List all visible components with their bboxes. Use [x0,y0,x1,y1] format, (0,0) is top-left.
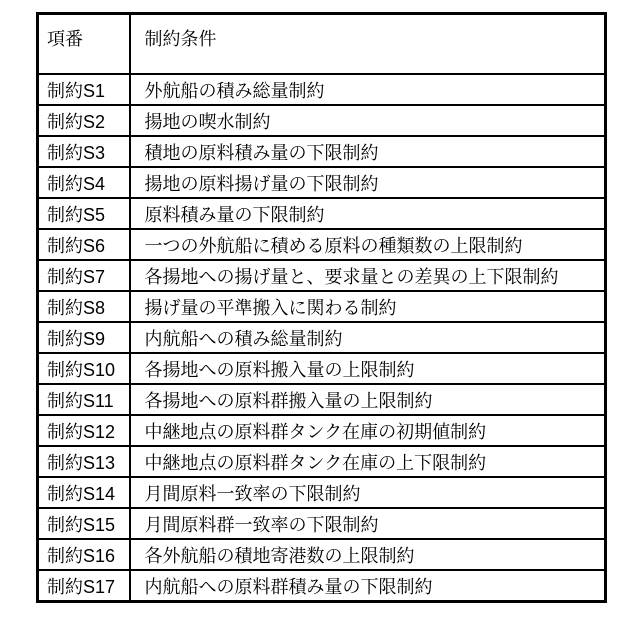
cell-constraint-condition: 揚地の喫水制約 [130,105,606,136]
cell-constraint-condition: 内航船への積み総量制約 [130,322,606,353]
cell-constraint-condition: 一つの外航船に積める原料の種類数の上限制約 [130,229,606,260]
table-header-row: 項番 制約条件 [38,14,606,75]
cell-constraint-condition: 各揚地への原料群搬入量の上限制約 [130,384,606,415]
cell-item-number: 制約S11 [38,384,130,415]
cell-constraint-condition: 内航船への原料群積み量の下限制約 [130,570,606,602]
table-row: 制約S6一つの外航船に積める原料の種類数の上限制約 [38,229,606,260]
table-row: 制約S2揚地の喫水制約 [38,105,606,136]
cell-item-number: 制約S2 [38,105,130,136]
table-row: 制約S11各揚地への原料群搬入量の上限制約 [38,384,606,415]
cell-item-number: 制約S17 [38,570,130,602]
table-row: 制約S1外航船の積み総量制約 [38,74,606,105]
cell-constraint-condition: 月間原料一致率の下限制約 [130,477,606,508]
cell-item-number: 制約S9 [38,322,130,353]
cell-constraint-condition: 各外航船の積地寄港数の上限制約 [130,539,606,570]
cell-constraint-condition: 月間原料群一致率の下限制約 [130,508,606,539]
cell-constraint-condition: 揚げ量の平準搬入に関わる制約 [130,291,606,322]
table-row: 制約S9内航船への積み総量制約 [38,322,606,353]
table-row: 制約S10各揚地への原料搬入量の上限制約 [38,353,606,384]
cell-constraint-condition: 積地の原料積み量の下限制約 [130,136,606,167]
cell-constraint-condition: 原料積み量の下限制約 [130,198,606,229]
table-row: 制約S13中継地点の原料群タンク在庫の上下限制約 [38,446,606,477]
cell-item-number: 制約S12 [38,415,130,446]
cell-item-number: 制約S1 [38,74,130,105]
table-row: 制約S15月間原料群一致率の下限制約 [38,508,606,539]
cell-item-number: 制約S14 [38,477,130,508]
cell-constraint-condition: 各揚地への原料搬入量の上限制約 [130,353,606,384]
column-header-constraint-condition: 制約条件 [130,14,606,75]
cell-item-number: 制約S16 [38,539,130,570]
cell-constraint-condition: 外航船の積み総量制約 [130,74,606,105]
cell-item-number: 制約S10 [38,353,130,384]
table-row: 制約S8揚げ量の平準搬入に関わる制約 [38,291,606,322]
table-row: 制約S16各外航船の積地寄港数の上限制約 [38,539,606,570]
cell-item-number: 制約S7 [38,260,130,291]
constraints-table-container: 項番 制約条件 制約S1外航船の積み総量制約制約S2揚地の喫水制約制約S3積地の… [36,12,607,603]
cell-item-number: 制約S15 [38,508,130,539]
table-row: 制約S3積地の原料積み量の下限制約 [38,136,606,167]
table-row: 制約S12中継地点の原料群タンク在庫の初期値制約 [38,415,606,446]
table-row: 制約S7各揚地への揚げ量と、要求量との差異の上下限制約 [38,260,606,291]
table-body: 制約S1外航船の積み総量制約制約S2揚地の喫水制約制約S3積地の原料積み量の下限… [38,74,606,602]
table-row: 制約S14月間原料一致率の下限制約 [38,477,606,508]
table-row: 制約S4揚地の原料揚げ量の下限制約 [38,167,606,198]
cell-item-number: 制約S13 [38,446,130,477]
cell-item-number: 制約S6 [38,229,130,260]
cell-item-number: 制約S3 [38,136,130,167]
cell-constraint-condition: 中継地点の原料群タンク在庫の初期値制約 [130,415,606,446]
table-row: 制約S17内航船への原料群積み量の下限制約 [38,570,606,602]
constraints-table: 項番 制約条件 制約S1外航船の積み総量制約制約S2揚地の喫水制約制約S3積地の… [36,12,607,603]
column-header-item-number: 項番 [38,14,130,75]
cell-constraint-condition: 各揚地への揚げ量と、要求量との差異の上下限制約 [130,260,606,291]
cell-item-number: 制約S5 [38,198,130,229]
table-row: 制約S5原料積み量の下限制約 [38,198,606,229]
cell-item-number: 制約S8 [38,291,130,322]
cell-constraint-condition: 揚地の原料揚げ量の下限制約 [130,167,606,198]
cell-item-number: 制約S4 [38,167,130,198]
cell-constraint-condition: 中継地点の原料群タンク在庫の上下限制約 [130,446,606,477]
